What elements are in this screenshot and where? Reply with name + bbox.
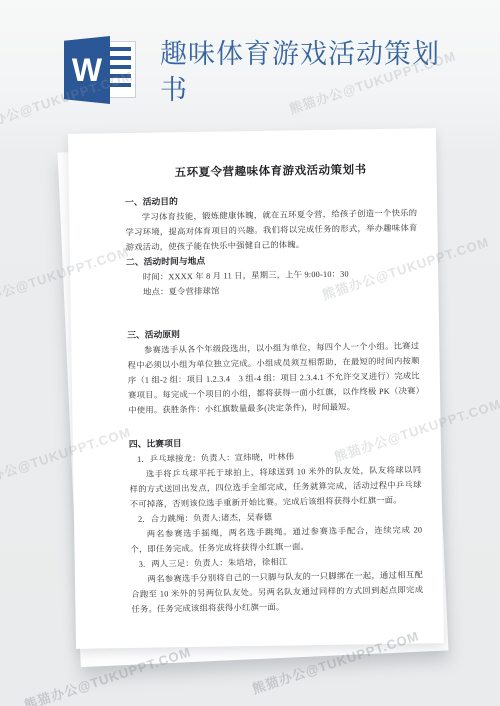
list-item-title-text: 合力跳绳：负责人:诸杰，吴春德 <box>151 513 273 524</box>
location-line: 地点：夏令营排球馆 <box>126 280 418 300</box>
list-item-title-text: 两人三足：负责人：朱培培，徐相江 <box>151 558 287 569</box>
section-3-paragraph: 参赛选手从各个年级段选出，以小组为单位，每四个人一个小组。比赛过程中必须以小组为… <box>127 338 420 418</box>
list-item-title-text: 乒乓球接龙：负责人：宣炜晓，叶林伟 <box>150 452 295 463</box>
page-title: 趣味体育游戏活动策划书 <box>160 36 460 108</box>
word-icon-panel: W <box>64 36 110 104</box>
word-icon: W <box>64 36 136 104</box>
list-item-body: 两名参赛选手摇绳，两名选手跳绳。通过参赛选手配合，连续完成 20 个，即任务完成… <box>130 522 422 557</box>
list-item-body: 两名参赛选手分别将自己的一只脚与队友的一只脚绑在一起，通过相互配合跑至 10 米… <box>131 567 424 617</box>
list-item-number: 3. <box>139 560 146 569</box>
word-icon-letter: W <box>72 54 102 86</box>
list-item-number: 2. <box>138 515 145 524</box>
list-item-number: 1. <box>137 455 144 464</box>
page-background: W 趣味体育游戏活动策划书 五环夏令营趣味体育游戏活动策划书 一、活动目的 学习… <box>0 0 500 706</box>
document-page: 五环夏令营趣味体育游戏活动策划书 一、活动目的 学习体育技能，锻炼健康体魄，就在… <box>68 128 444 649</box>
section-1-paragraph: 学习体育技能，锻炼健康体魄，就在五环夏令营，给孩子创造一个快乐的学习环境，提高对… <box>125 205 418 255</box>
file-header: W 趣味体育游戏活动策划书 <box>64 36 460 108</box>
doc-title: 五环夏令营趣味体育游戏活动策划书 <box>124 160 416 181</box>
list-item-body: 选手将乒乓球平托于球拍上，将球送到 10 米外的队友处，队友将球以同样的方式送回… <box>129 462 422 512</box>
